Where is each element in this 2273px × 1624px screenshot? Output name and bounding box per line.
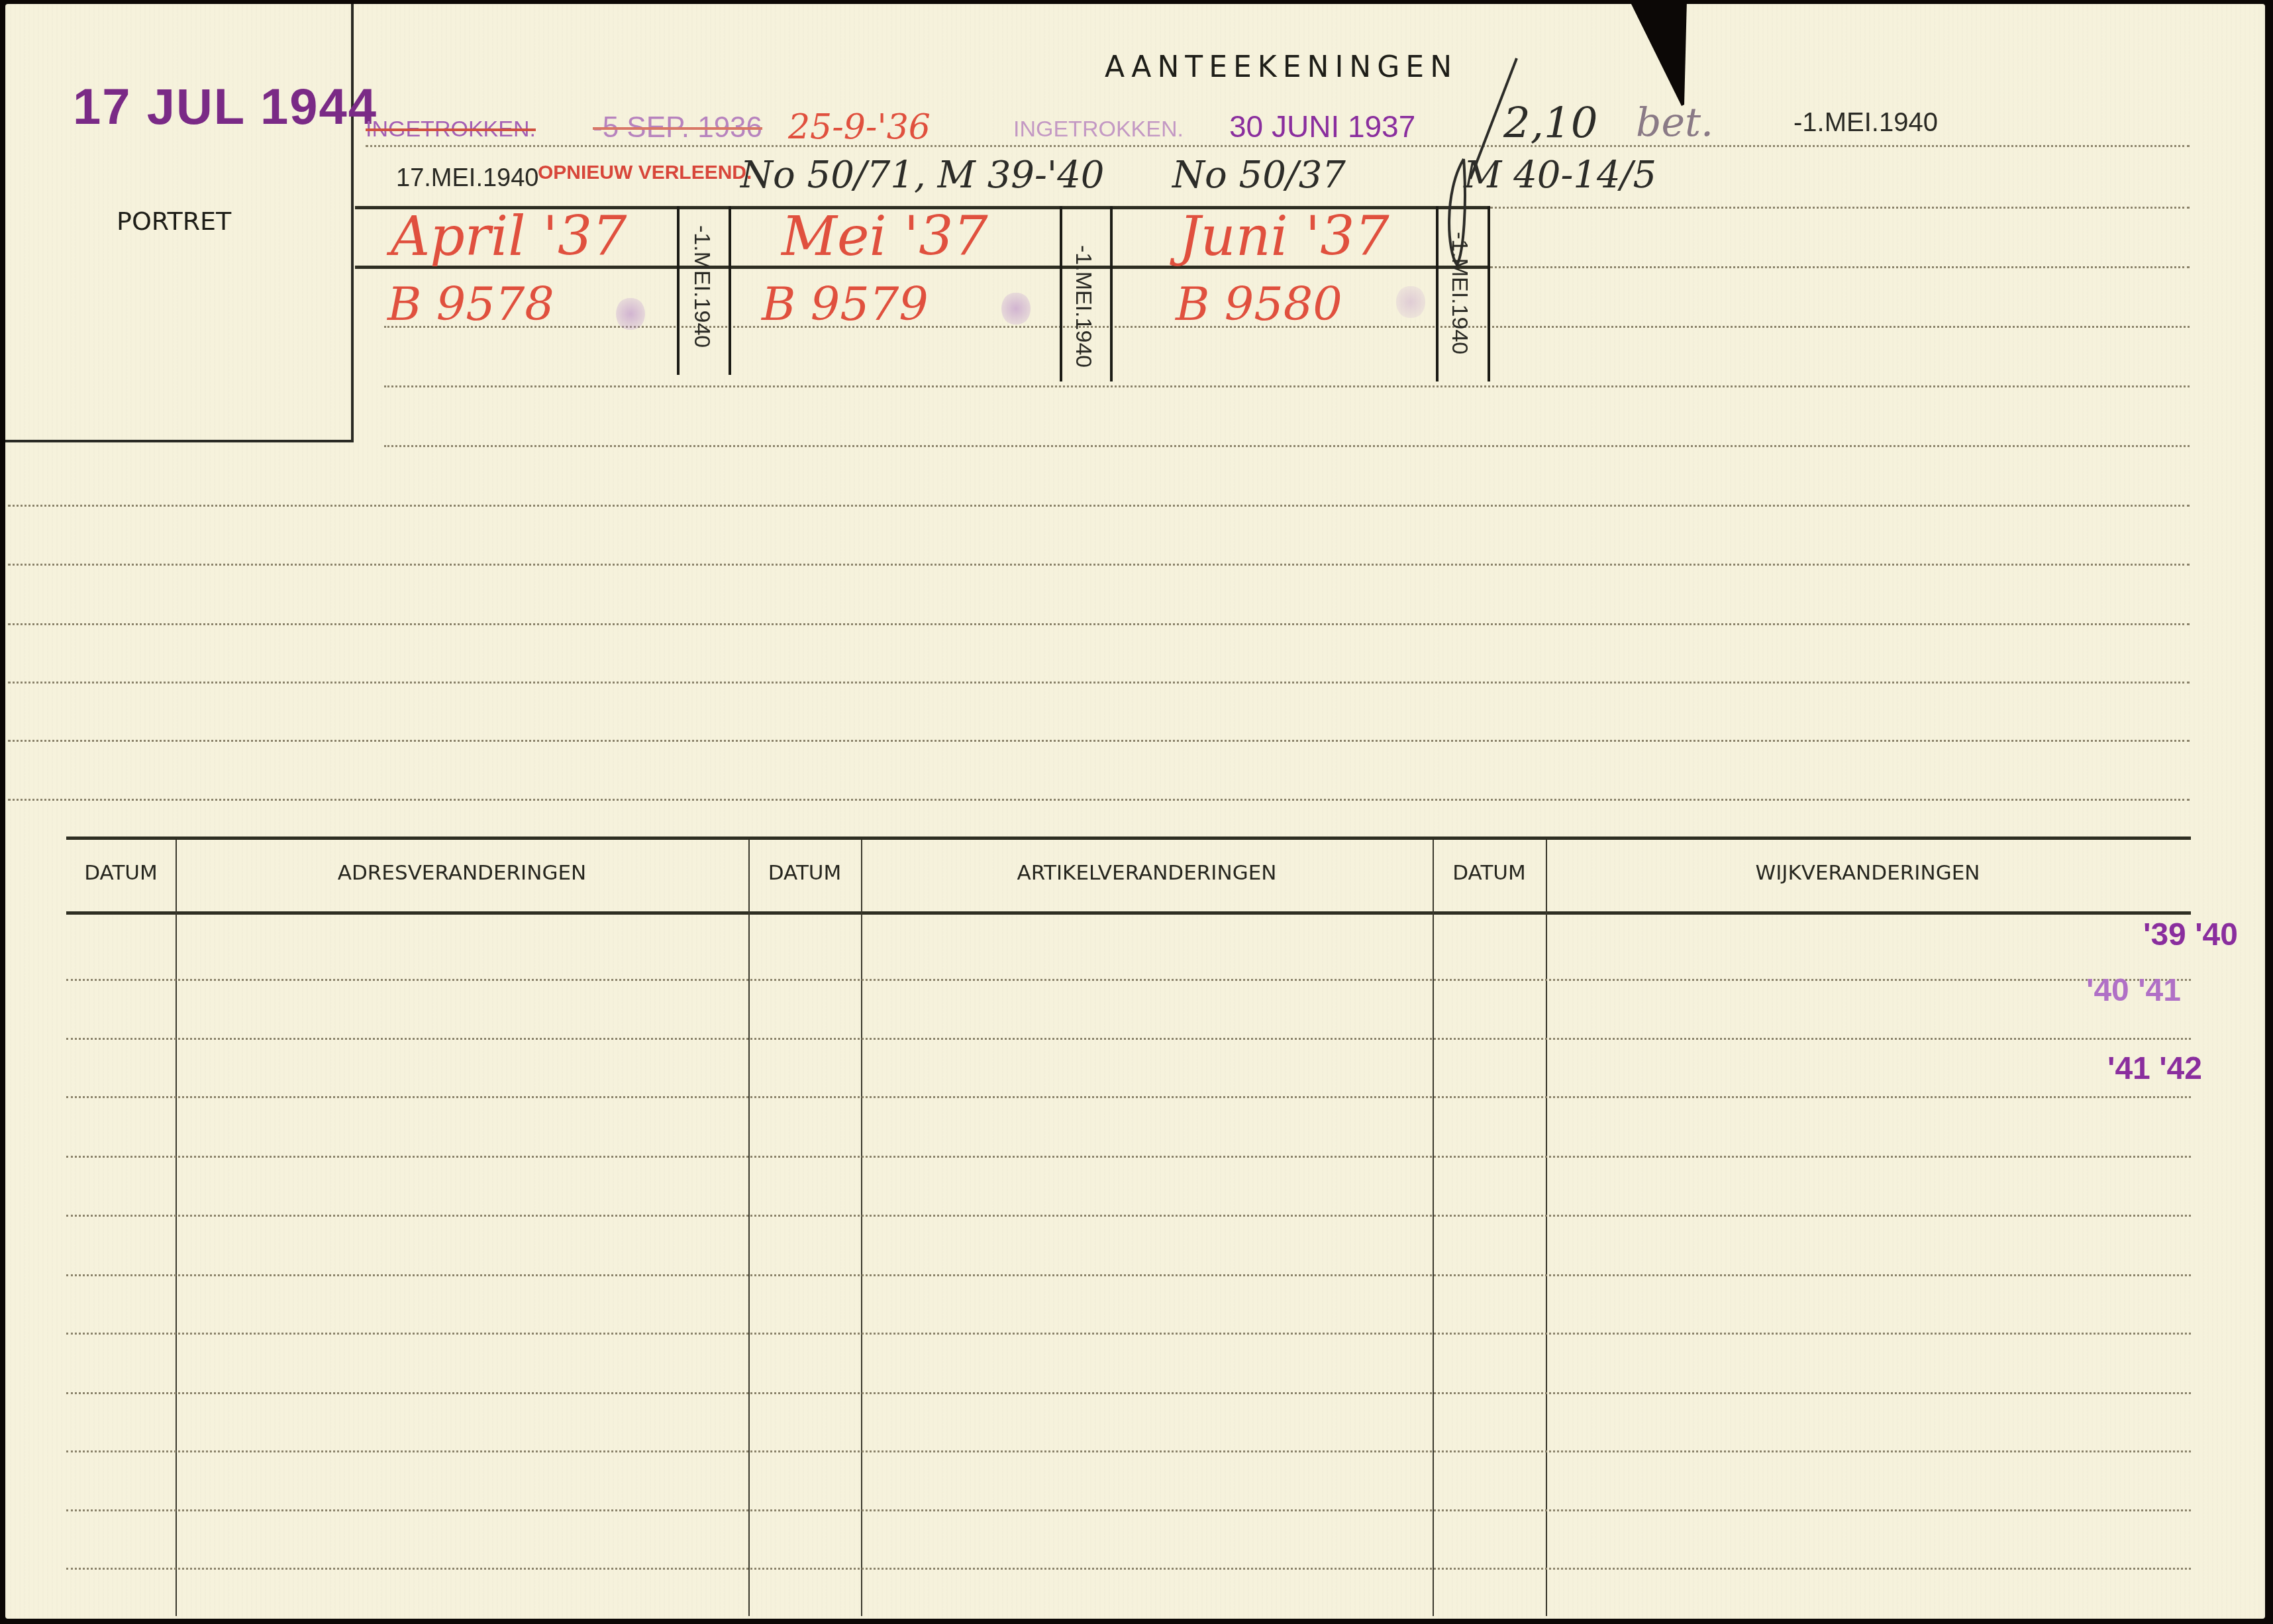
portrait-date-stamp: 17 JUL 1944	[73, 78, 378, 136]
month-box-divider	[1060, 206, 1062, 381]
date-stamp: -1.MEI.1940	[1793, 108, 1938, 138]
vertical-date-stamp: -1.MEI.1940	[1070, 245, 1096, 368]
handwritten-reference: M 40-14/5	[1464, 154, 1656, 197]
seal-mark	[1396, 285, 1425, 319]
table-top-border	[66, 837, 2191, 840]
date-stamp: -5 SEP. 1936	[593, 111, 762, 144]
handwritten-paid: bet.	[1636, 99, 1713, 146]
notes-line-12	[8, 799, 2190, 801]
handwritten-reference: No 50/71, M 39-'40	[740, 154, 1104, 197]
month-box-divider	[729, 206, 731, 375]
table-row-line	[66, 1215, 2191, 1217]
portrait-label: PORTRET	[117, 207, 231, 236]
vertical-date-stamp: -1.MEI.1940	[1446, 232, 1472, 354]
handwritten-reference: No 50/37	[1172, 154, 1346, 197]
table-row-line	[66, 1509, 2191, 1511]
document-code: B 9580	[1176, 277, 1342, 331]
notes-line-9	[8, 623, 2190, 625]
renewed-stamp: OPNIEUW VERLEEND.	[538, 162, 752, 184]
column-header-date: DATUM	[1433, 861, 1546, 885]
card-notch	[1626, 0, 1692, 109]
column-header-article-changes: ARTIKELVERANDERINGEN	[861, 861, 1433, 885]
year-stamp: '41 '42	[2107, 1050, 2202, 1087]
table-row-line	[66, 1333, 2191, 1335]
column-header-district-changes: WIJKVERANDERINGEN	[1546, 861, 2190, 885]
year-stamp: '40 '41	[2086, 972, 2181, 1009]
table-row-line	[66, 1392, 2191, 1394]
seal-mark	[1001, 291, 1031, 326]
month-label: Juni '37	[1179, 205, 1389, 268]
column-header-address-changes: ADRESVERANDERINGEN	[176, 861, 748, 885]
notes-line-8	[8, 564, 2190, 566]
notes-line-2	[1490, 207, 2190, 209]
vertical-date-stamp: -1.MEI.1940	[689, 225, 715, 348]
notes-line-1	[366, 145, 2190, 147]
handwritten-amount: 2,10	[1503, 99, 1598, 148]
notes-line-3	[1490, 266, 2190, 268]
notes-line-10	[8, 682, 2190, 684]
month-label: April '37	[391, 205, 627, 268]
table-row-line	[66, 1156, 2191, 1158]
date-stamp: 30 JUNI 1937	[1229, 109, 1415, 144]
date-stamp: 17.MEI.1940	[396, 164, 538, 193]
table-row-line	[66, 1274, 2191, 1276]
column-header-date: DATUM	[748, 861, 861, 885]
table-row-line	[66, 1038, 2191, 1040]
table-row-line	[66, 1450, 2191, 1452]
table-row-line	[66, 1096, 2191, 1098]
month-label: Mei '37	[782, 205, 988, 268]
notes-line-7	[8, 505, 2190, 507]
notes-title: AANTEEKENINGEN	[1105, 50, 1458, 84]
table-row-line	[66, 979, 2191, 981]
month-box-divider	[1110, 206, 1113, 381]
withdrawn-stamp: INGETROKKEN.	[1013, 117, 1184, 142]
seal-mark	[616, 297, 645, 331]
table-column-divider	[861, 840, 862, 1616]
withdrawn-stamp: INGETROKKEN.	[366, 117, 536, 142]
document-code: B 9578	[387, 277, 554, 331]
month-box-divider	[677, 206, 680, 375]
column-header-date: DATUM	[66, 861, 176, 885]
table-header-border	[66, 911, 2191, 915]
table-column-divider	[1546, 840, 1547, 1616]
notes-line-5	[384, 385, 2190, 387]
table-row-line	[66, 1568, 2191, 1570]
document-code: B 9579	[762, 277, 929, 331]
table-column-divider	[748, 840, 750, 1616]
table-column-divider	[176, 840, 177, 1616]
year-stamp: '39 '40	[2143, 917, 2238, 953]
notes-line-11	[8, 740, 2190, 742]
table-column-divider	[1433, 840, 1434, 1616]
notes-line-6	[384, 445, 2190, 447]
handwritten-date: 25-9-'36	[788, 107, 931, 147]
